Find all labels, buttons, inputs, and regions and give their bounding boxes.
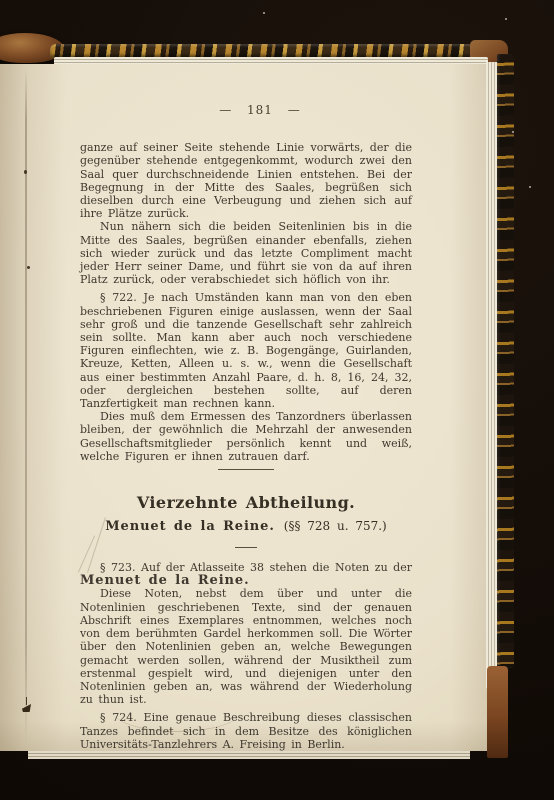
bottom-page-edges xyxy=(28,751,470,759)
paragraph-tanzordner: Dies muß dem Ermessen des Tanzordners üb… xyxy=(80,410,412,463)
section-heading: Vierzehnte Abtheilung. xyxy=(80,494,412,512)
subsection-divider-rule xyxy=(235,547,257,548)
photograph-background: — 181 — ganze auf seiner Seite stehende … xyxy=(0,0,554,800)
section-subheading: Menuet de la Reine.(§§ 728 u. 757.) xyxy=(80,518,412,534)
gutter-crease xyxy=(25,67,27,747)
paragraph-seitenlinien: Nun nähern sich die beiden Seitenlinien … xyxy=(80,220,412,286)
section-divider-rule xyxy=(218,469,274,470)
subheading-title: Menuet de la Reine. xyxy=(105,519,275,534)
page-number: — 181 — xyxy=(80,104,412,117)
ink-speck xyxy=(27,266,30,269)
dust-speck xyxy=(512,131,514,133)
ink-mark xyxy=(22,697,32,713)
paragraph-723-title: Menuet de la Reine. xyxy=(80,573,250,588)
paragraph-722: § 722. Je nach Umständen kann man von de… xyxy=(80,291,412,410)
top-board-edge-marbled xyxy=(50,44,472,58)
ink-speck xyxy=(24,170,27,174)
subheading-paragraph-refs: (§§ 728 u. 757.) xyxy=(284,519,387,533)
cover-corner-leather xyxy=(487,666,508,758)
paragraph-724: § 724. Eine genaue Beschreibung dieses c… xyxy=(80,711,412,751)
paragraph-noten: Diese Noten, nebst dem über und unter di… xyxy=(80,587,412,706)
paragraph-continuation: ganze auf seiner Seite stehende Linie vo… xyxy=(80,141,412,220)
dust-speck xyxy=(263,12,265,14)
dust-speck xyxy=(505,18,507,20)
paragraph-723: § 723. Auf der Atlasseite 38 stehen die … xyxy=(80,561,412,587)
paragraph-723-lead: § 723. Auf der Atlasseite 38 stehen die … xyxy=(100,561,412,574)
page-content: — 181 — ganze auf seiner Seite stehende … xyxy=(80,104,412,751)
right-board-edge-marbled xyxy=(497,54,514,668)
dust-speck xyxy=(529,186,531,188)
